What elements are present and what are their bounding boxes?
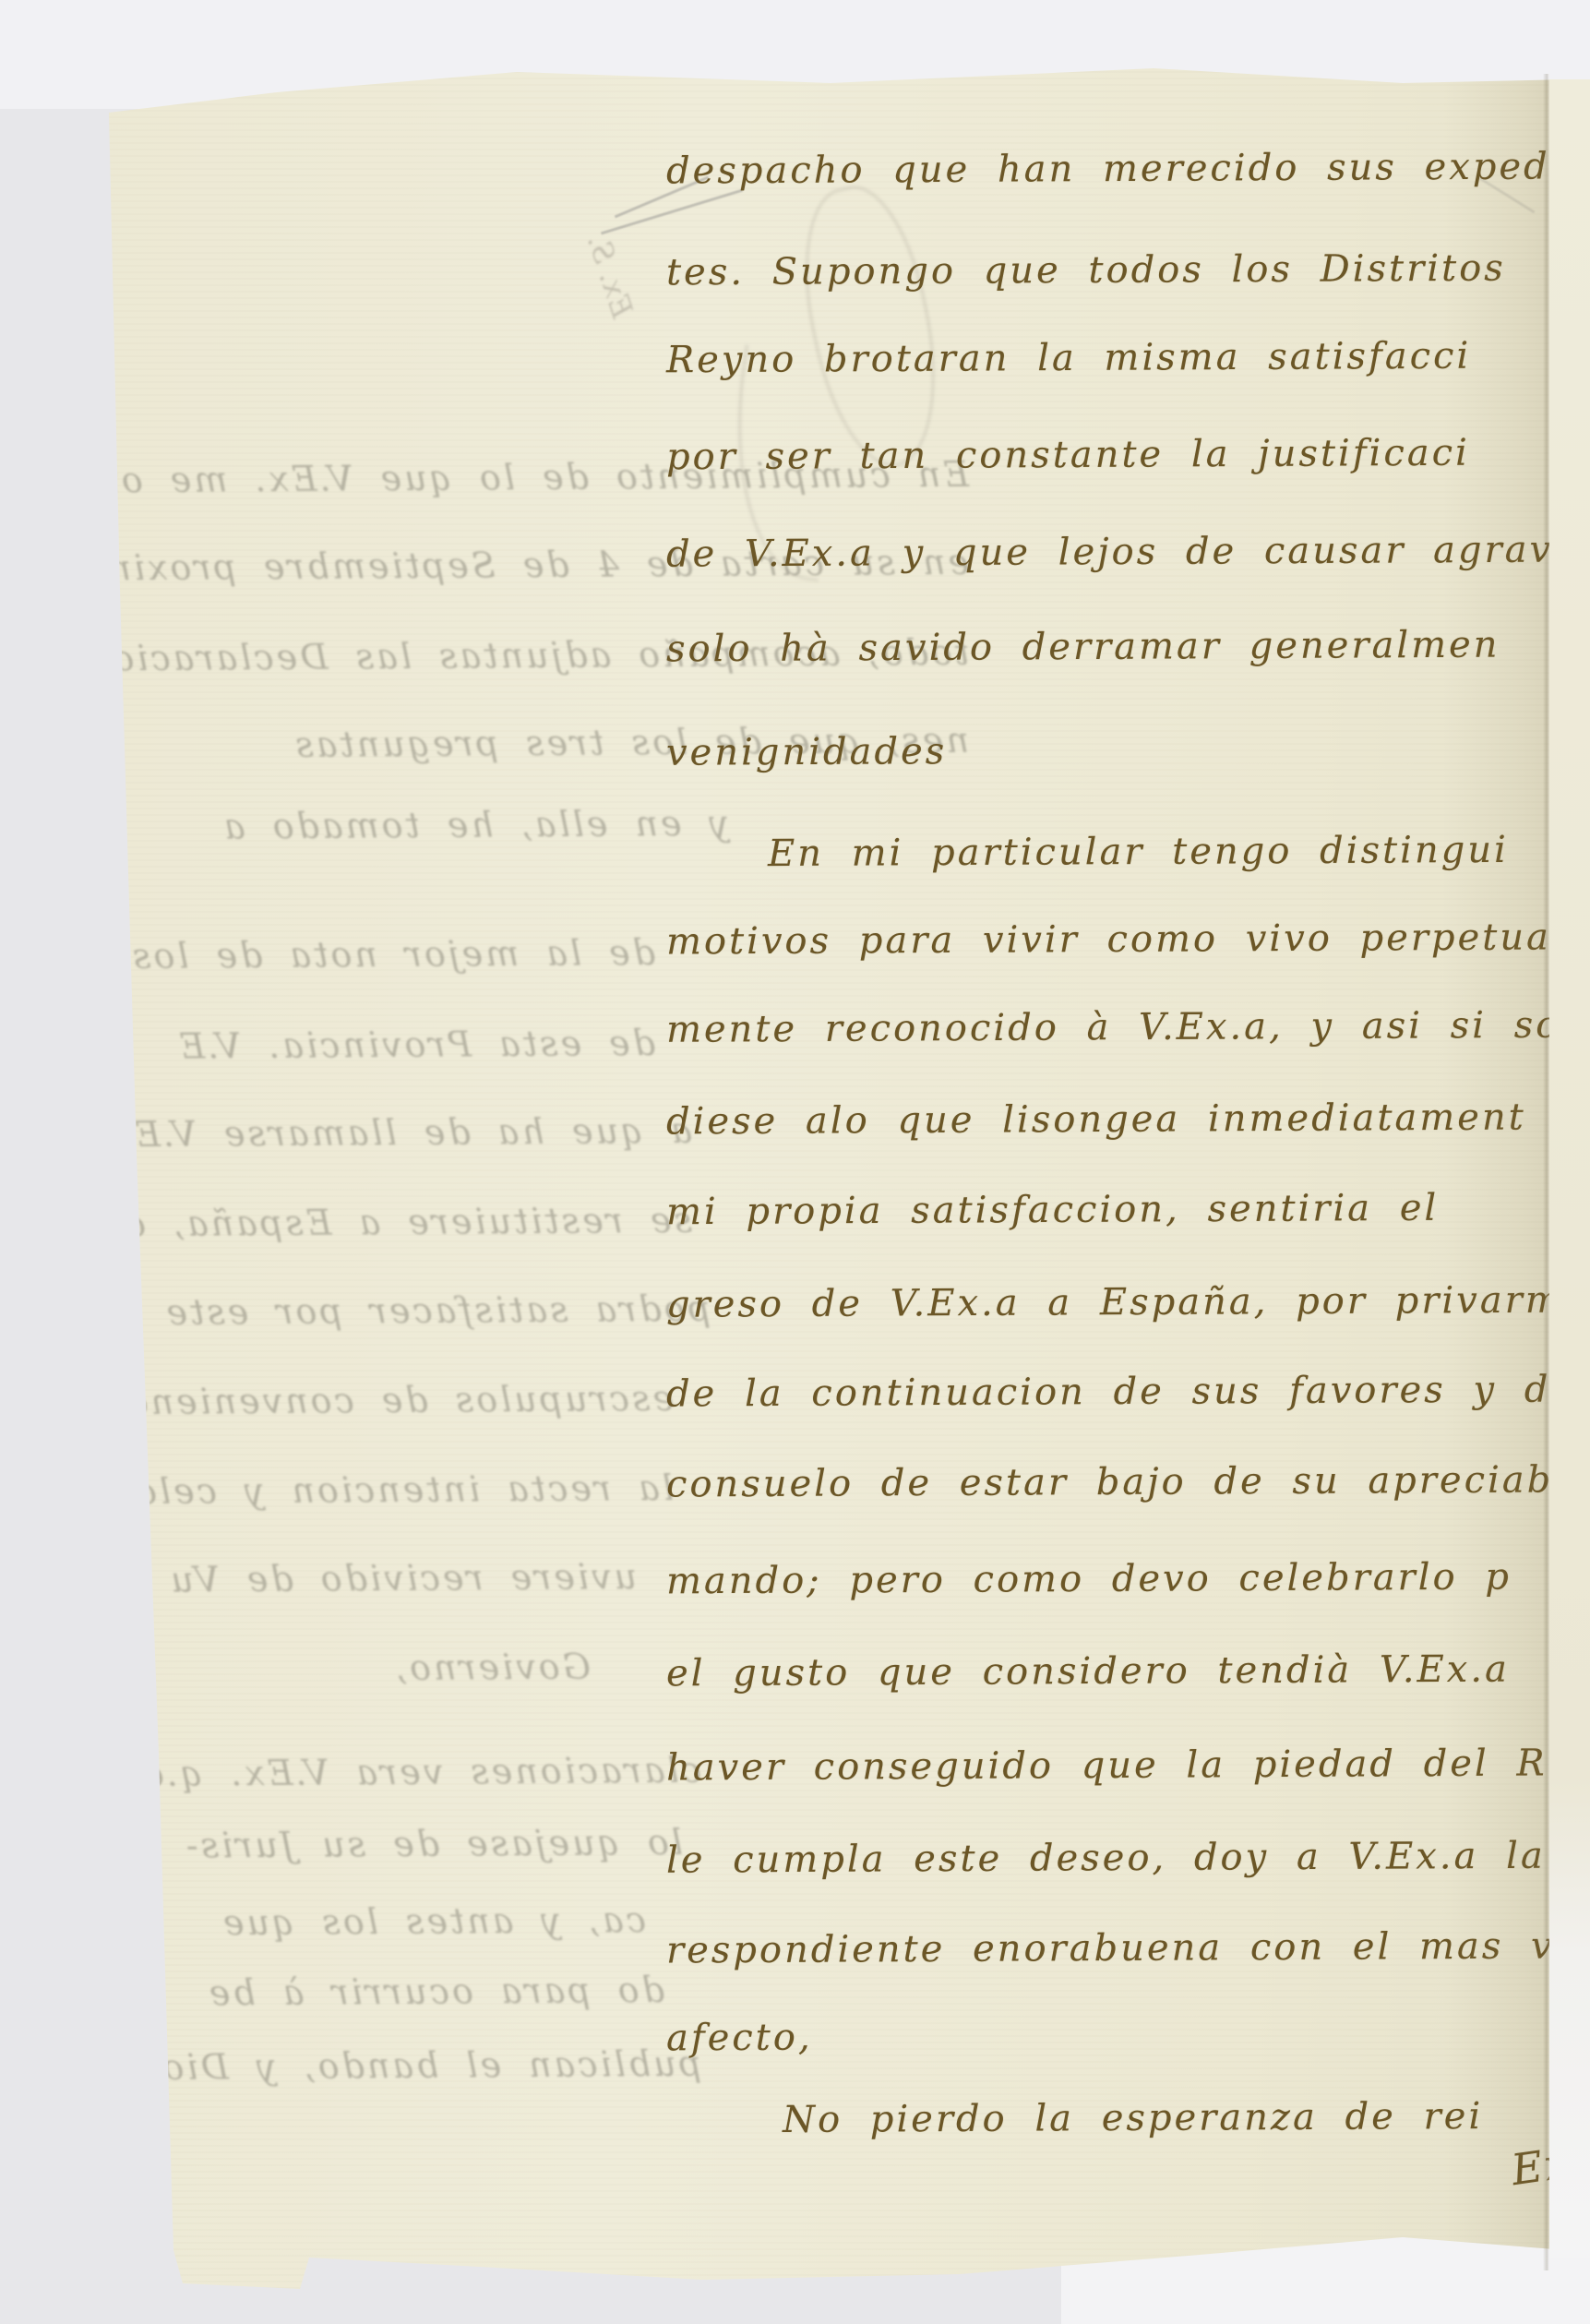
folded-page-edge: [1549, 79, 1590, 2258]
letter-line: tes. Supongo que todos los Distritos: [666, 247, 1506, 294]
letter-line: En mi particular tengo distingui: [768, 829, 1509, 875]
fold-crease: [1543, 74, 1549, 2270]
letter-line: venignidades: [666, 730, 947, 774]
bleedthrough-line: podra satisfacer por este medio: [138, 1288, 711, 1333]
letter-line: mando; pero como devo celebrarlo p: [666, 1556, 1512, 1603]
bleedthrough-line: y en ella, he tomado a: [157, 803, 729, 847]
letter-line: despacho que han merecido sus expedi: [666, 145, 1565, 192]
letter-line: No pierdo la esperanza de rei: [783, 2095, 1483, 2141]
letter-line: Reyno brotaran la misma satisfacci: [666, 335, 1471, 382]
bleedthrough-line: de esta Provincia. V.E: [138, 1023, 655, 1067]
letter-line: diese alo que lisongea inmediatament: [666, 1096, 1526, 1144]
letter-line: de la continuacion de sus favores y de: [666, 1368, 1575, 1415]
letter-line: solo hà savido derramar generalmen: [666, 624, 1500, 671]
bleedthrough-line: lo quejase de su Juris-: [129, 1822, 683, 1866]
scanned-letter-page: En cumplimiento de lo que V.Ex. me orden…: [0, 0, 1590, 2324]
manuscript-paper: En cumplimiento de lo que V.Ex. me orden…: [0, 0, 1590, 2324]
letter-line: respondiente enorabuena con el mas v: [666, 1924, 1555, 1971]
bleedthrough-line: claraciones vera V.Ex. q.e: [111, 1750, 701, 1794]
letter-line: el gusto que considero tendià V.Ex.a: [666, 1648, 1510, 1695]
bleedthrough-line: uviere recivido de Vu: [138, 1556, 637, 1600]
showthrough-corner-mark: Ex. S.: [580, 230, 640, 322]
bleedthrough-line: la recta intencion y celo: [138, 1467, 674, 1512]
bleedthrough-line: de la mejor nota de los: [138, 932, 655, 976]
letter-line: motivos para vivir como vivo perpetua: [666, 916, 1551, 963]
letter-line: haver conseguido que la piedad del R: [666, 1743, 1548, 1790]
bleedthrough-line: escrupulos de conveniencia: [138, 1378, 674, 1422]
bleedthrough-line: a que ha de llamarse V.Ex.a: [138, 1110, 692, 1155]
bleedthrough-line: do para ocurrir à be: [129, 1970, 664, 2014]
letter-line: consuelo de estar bajo de su apreciab: [666, 1458, 1554, 1505]
bleedthrough-line: ca, y antes los que: [129, 1899, 646, 1944]
bleedthrough-line: se restituiere a España, creo: [138, 1200, 692, 1244]
bleedthrough-line: publican el bando, y Dios: [129, 2043, 701, 2088]
letter-line: afecto,: [666, 2017, 813, 2060]
bleedthrough-line: Govierno,: [221, 1647, 591, 1690]
letter-line: mi propia satisfaccion, sentiria el: [666, 1187, 1440, 1233]
letter-line: por ser tan constante la justificaci: [666, 432, 1470, 479]
